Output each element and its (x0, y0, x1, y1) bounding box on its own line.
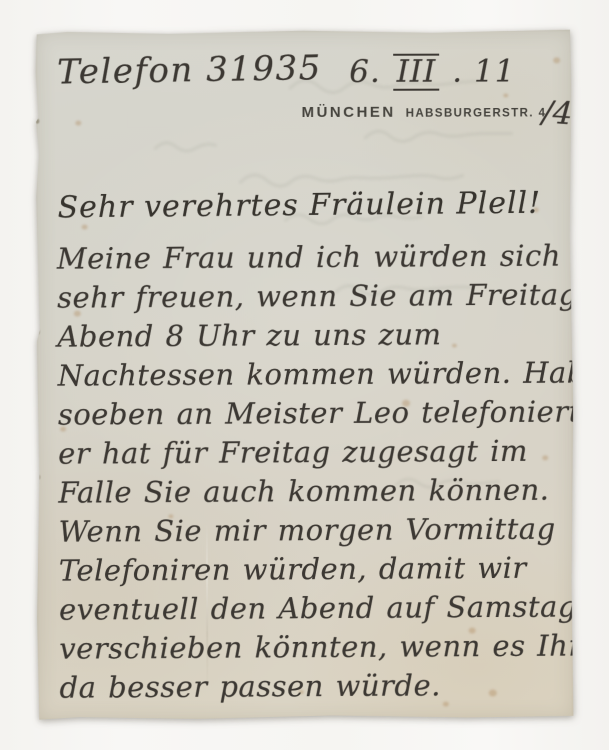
date-month-roman: III (394, 54, 440, 91)
paper-sheet: Telefon 31935 6. III . 11 MÜNCHEN HABSBU… (35, 29, 574, 720)
letter-line: eventuell den Abend auf Samstag (59, 587, 609, 629)
date-year: . 11 (452, 53, 515, 89)
date-day: 6. (349, 54, 381, 90)
letter-line: verschieben könnten, wenn es Ihnen (59, 626, 609, 668)
letter-line: Falle Sie auch kommen können. (58, 470, 609, 512)
foxing-spot (82, 225, 88, 230)
photo-background: Telefon 31935 6. III . 11 MÜNCHEN HABSBU… (0, 0, 609, 750)
letterhead-street: HABSBURGERSTR. 4 (406, 107, 547, 119)
edge-nick (36, 329, 40, 335)
letter-line: er hat für Freitag zugesagt im (58, 431, 609, 473)
salutation: Sehr verehrtes Fräulein Plell! (57, 186, 541, 226)
foxing-spot (553, 57, 560, 63)
letter-paper: Telefon 31935 6. III . 11 MÜNCHEN HABSBU… (35, 29, 574, 720)
edge-nick (37, 475, 40, 480)
letter-line: Telefoniren würden, damit wir (59, 548, 609, 590)
printed-letterhead: MÜNCHEN HABSBURGERSTR. 4 (302, 103, 547, 121)
letter-line: sehr freuen, wenn Sie am Freitag (57, 275, 609, 317)
letter-line: da besser passen würde. (59, 665, 609, 707)
letterhead-city: MÜNCHEN (302, 104, 396, 121)
letter-line: Abend 8 Uhr zu uns zum (57, 314, 609, 356)
letter-line: Nachtessen kommen würden. Habe (58, 353, 609, 395)
letter-date: 6. III . 11 (349, 53, 515, 90)
edge-nick (35, 119, 39, 124)
letter-line: soeben an Meister Leo telefoniert, (58, 392, 609, 434)
foxing-spot (503, 93, 508, 97)
letter-line: Wenn Sie mir morgen Vormittag (58, 509, 609, 551)
foxing-spot (75, 121, 81, 126)
letter-line: Meine Frau und ich würden sich (57, 236, 609, 278)
floor-annotation: /4 (541, 94, 574, 132)
letter-body: Meine Frau und ich würden sich sehr freu… (57, 236, 609, 707)
telefon-number: Telefon 31935 (57, 48, 322, 92)
